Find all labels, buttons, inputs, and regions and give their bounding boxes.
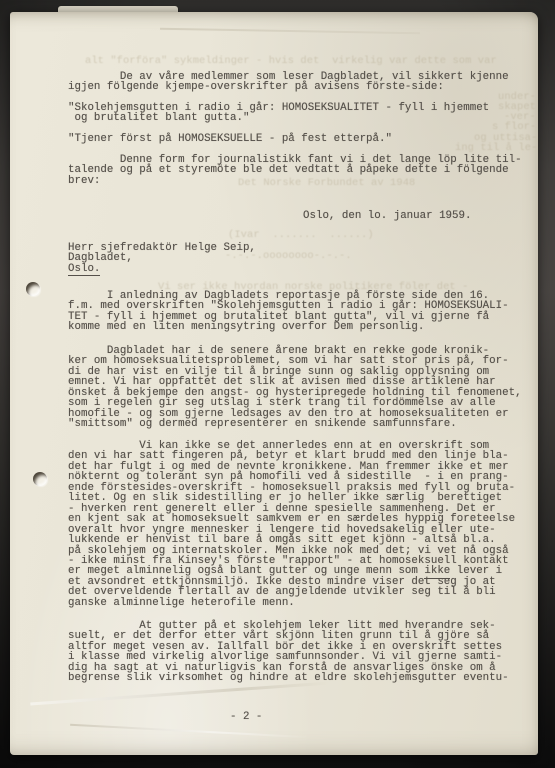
punch-hole (33, 472, 47, 486)
page-number: - 2 - (230, 712, 262, 722)
text-line: Oslo, den lo. januar 1959. (303, 211, 471, 221)
body-paragraph-3: Vi kan ikke se det annerledes enn at en … (68, 441, 515, 608)
punch-hole (26, 282, 40, 296)
text-line: begrense slik virksomhet og hindre at el… (68, 673, 509, 683)
headline-quote-1: "Skolehjemsgutten i radio i går: HOMOSEK… (68, 103, 489, 124)
paper-crease (70, 724, 310, 739)
bleed-through-text: s flor- (492, 122, 536, 132)
board-decision-paragraph: Denne form for journalistikk fant vi i d… (68, 155, 522, 186)
text-line: lukkende er henvist til bare å omgås sit… (68, 535, 515, 545)
text-line: Oslo. (68, 264, 256, 274)
text-line: ganske alminnelige heterofile menn. (68, 598, 515, 608)
paper-crease (160, 28, 420, 35)
dateline: Oslo, den lo. januar 1959. (303, 211, 471, 221)
headline-quote-2: "Tjener först på HOMOSEKSUELLE - på fest… (68, 134, 392, 144)
underlined-word: Oslo. (68, 263, 100, 277)
bleed-through-text: (Ivar ....... ......) (228, 230, 374, 240)
text-line: "smittsom" og dermed representerer en sn… (68, 419, 522, 429)
body-paragraph-1: I anledning av Dagbladets reportasje på … (68, 291, 509, 333)
letter-page: alt "forföra" sykmeldinger - hvis det vi… (10, 12, 538, 755)
paper-crease (30, 682, 329, 706)
intro-paragraph: De av våre medlemmer som leser Dagbladet… (68, 72, 509, 93)
body-paragraph-2: Dagbladet har i de senere årene brakt en… (68, 346, 522, 430)
body-paragraph-4: At gutter på et skolehjem leker litt med… (68, 621, 509, 684)
text-line: og brutalitet blant gutta." (68, 113, 489, 123)
text-line: talende og på et styremöte ble det vedta… (68, 165, 522, 175)
recipient-address: Herr sjefredaktör Helge Seip,Dagbladet,O… (68, 243, 256, 274)
bleed-through-text: ing til å le- (455, 143, 537, 153)
text-line: igjen fölgende kjempe-overskrifter på av… (68, 82, 509, 92)
text-line: brev: (68, 176, 522, 186)
text-line: komme med en liten meningsytring overfor… (68, 322, 509, 332)
text-line: "Tjener först på HOMOSEKSUELLE - på fest… (68, 134, 392, 144)
bleed-through-text: alt "forföra" sykmeldinger - hvis det vi… (85, 56, 497, 66)
text-line: - 2 - (230, 712, 262, 722)
